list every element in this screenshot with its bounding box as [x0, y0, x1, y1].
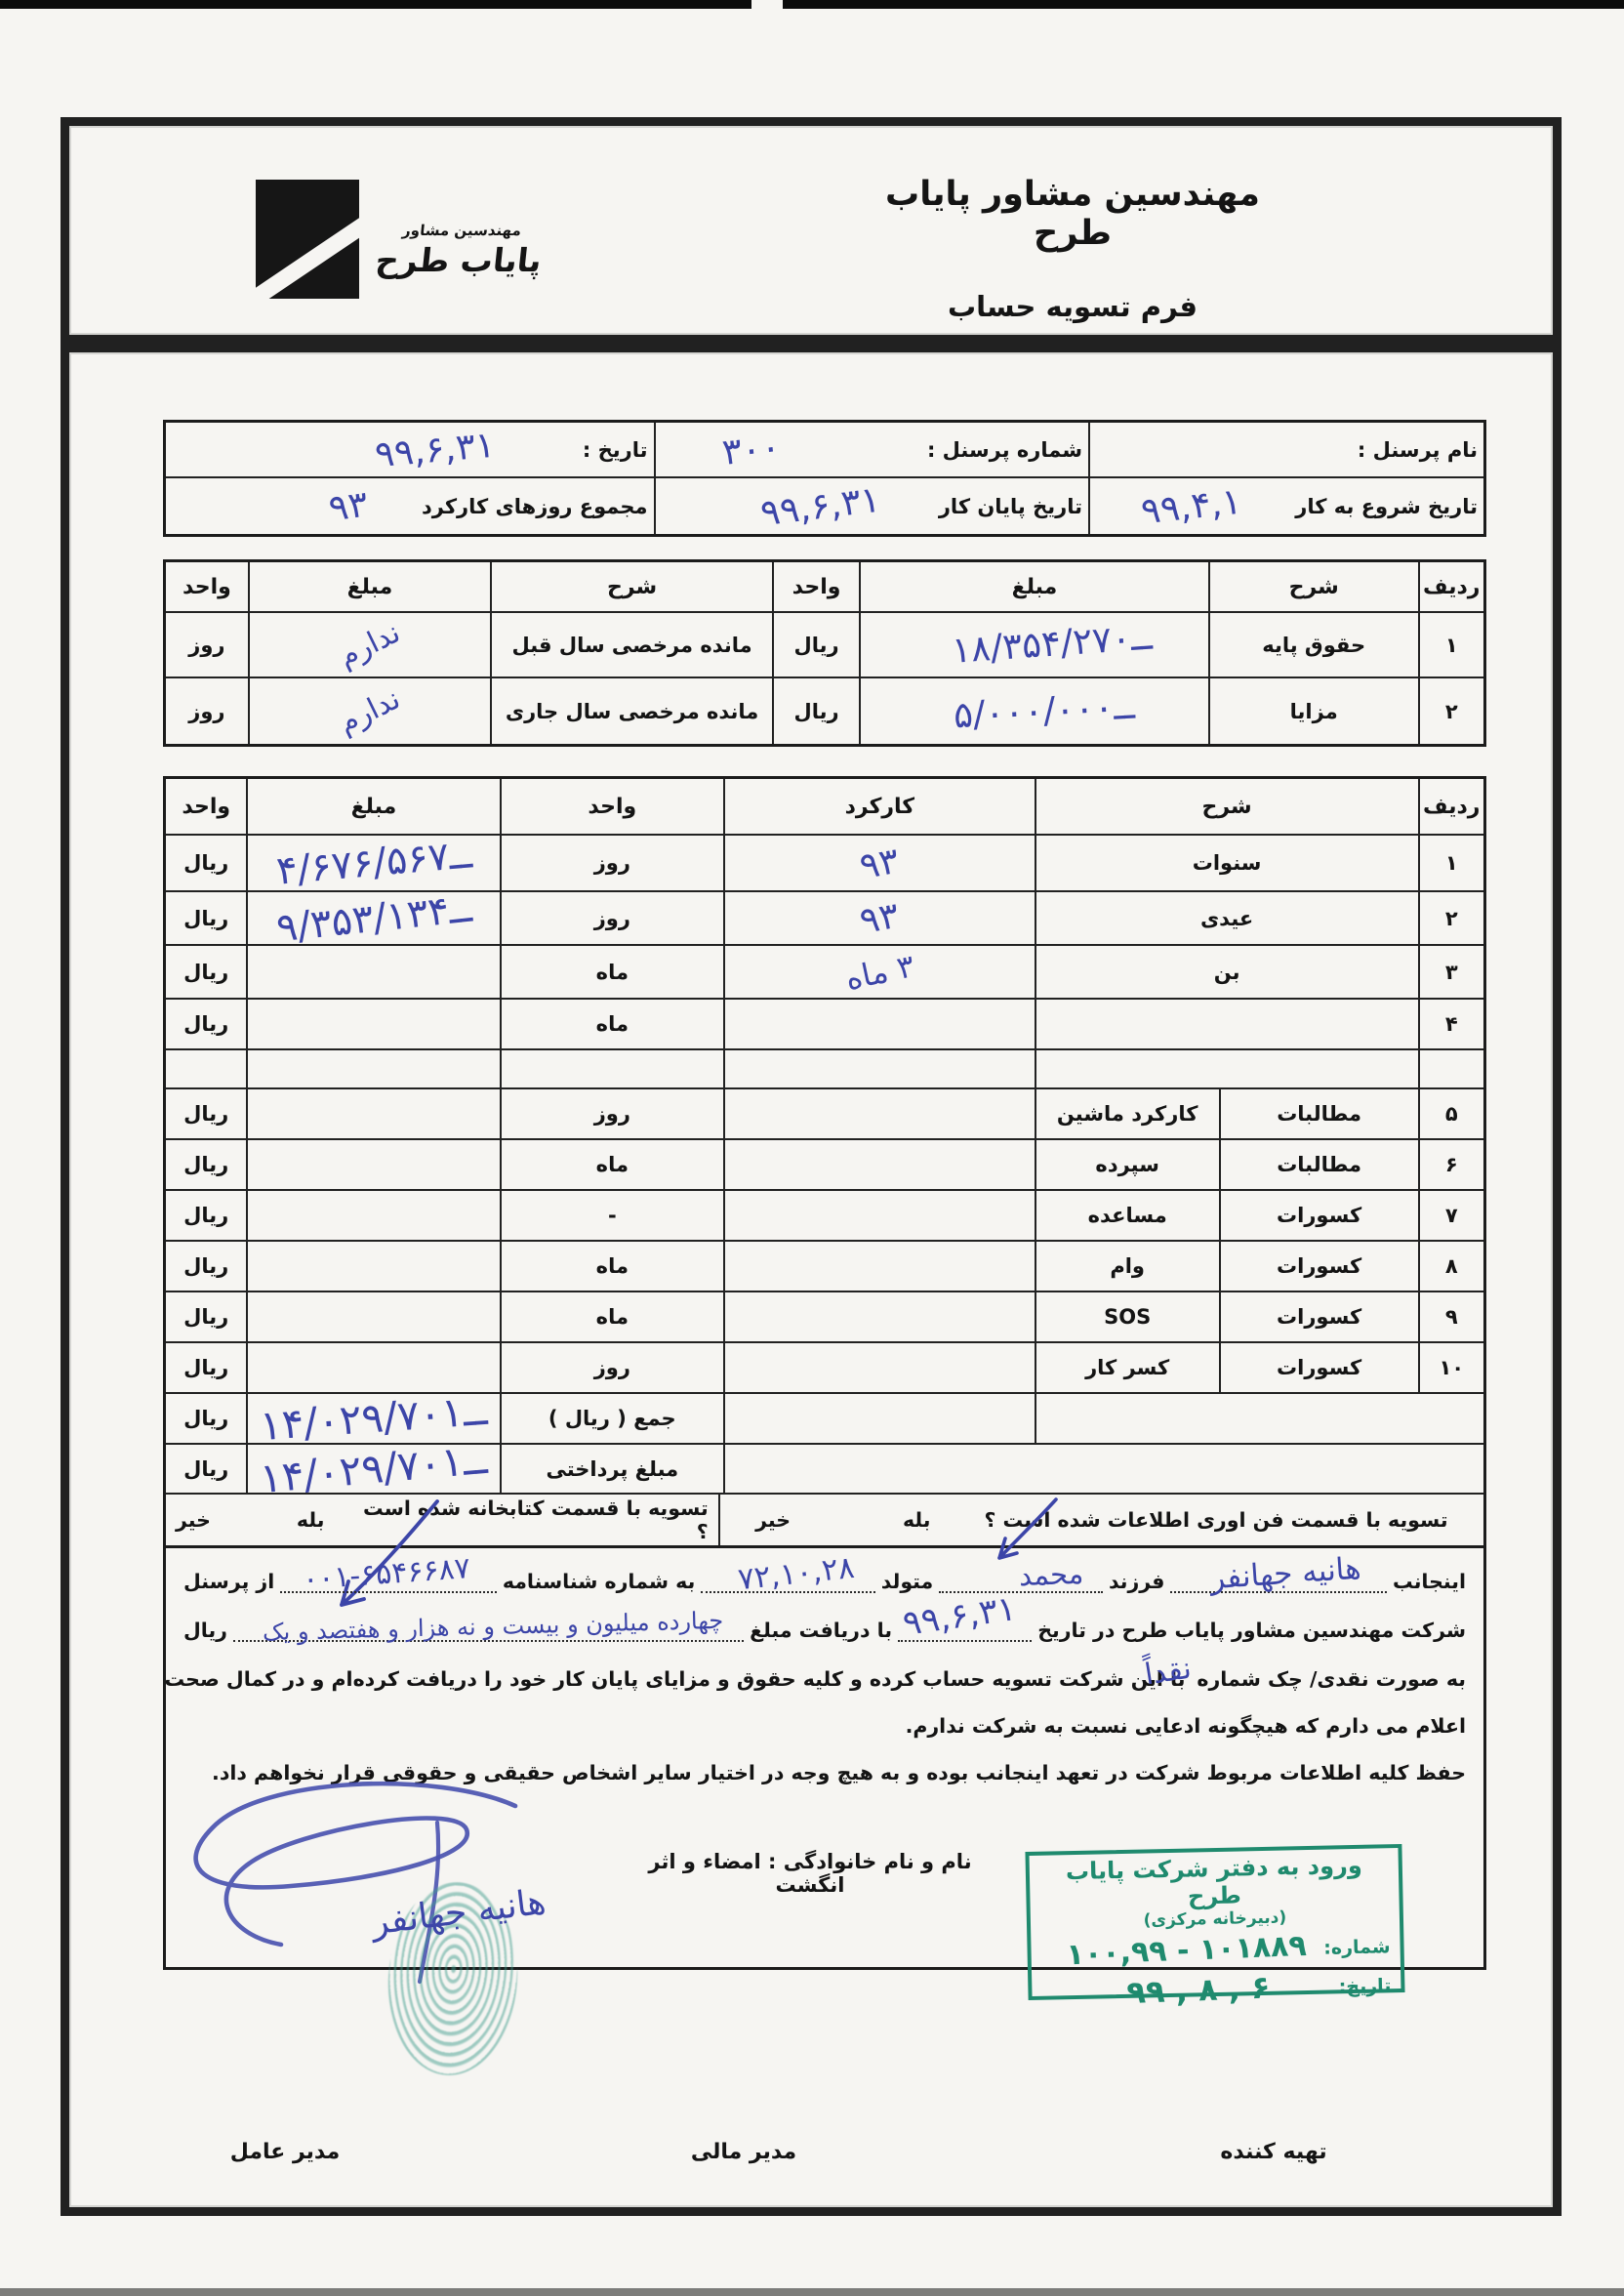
table-row: ۸ کسورات وام ماه ریال: [166, 1242, 1483, 1292]
unit-rial: ریال: [166, 1140, 246, 1189]
logo-swoosh-icon: [256, 207, 359, 299]
eydi-amount-handwriting: ۹/۳۵۳/۱۳۴ــ: [274, 888, 473, 948]
personnel-name-cell: نام پرسنل :: [1088, 423, 1483, 476]
sum-row: جمع ( ریال ) ۱۴/۰۲۹/۷۰۱ــ ریال: [166, 1394, 1483, 1445]
no-option: خیر: [755, 1508, 791, 1532]
row-number: ۵: [1418, 1089, 1484, 1138]
table-row: ۱۰ کسورات کسر کار روز ریال: [166, 1343, 1483, 1394]
unit-rial: ریال: [166, 1445, 246, 1493]
father-label: فرزند: [1109, 1570, 1165, 1593]
stamp-date-handwriting: ۹۹ , ۸ , ۶: [1126, 1969, 1271, 2012]
scanned-settlement-form: مهندسین مشاور پایاب طرح فرم تسویه حساب م…: [0, 0, 1624, 2296]
empty-amount-cell: [246, 1292, 499, 1341]
salary-leave-table: ردیف شرح مبلغ واحد شرح مبلغ واحد ۱ حقوق …: [163, 559, 1486, 747]
table-row: ۳ بن ۳ ماه ماه ریال: [166, 946, 1483, 1000]
birth-label: متولد: [881, 1570, 933, 1593]
header-mablagh: مبلغ: [859, 562, 1208, 611]
bon-label: بن: [1035, 946, 1418, 998]
empty-work-cell: [723, 1343, 1035, 1392]
personnel-number-handwriting: ۳۰۰: [721, 429, 783, 471]
deposit-label: سپرده: [1035, 1140, 1219, 1189]
work-days-cell: مجموع روزهای کارکرد ۹۳: [166, 478, 654, 534]
row-number: ۸: [1418, 1242, 1484, 1291]
form-date-cell: تاریخ : ۹۹,۶,۳۱: [166, 423, 654, 476]
empty-amount-cell: [246, 1140, 499, 1189]
prev-year-leave-label: مانده مرخصی سال قبل: [490, 613, 772, 676]
settlement-items-table: ردیف شرح کارکرد واحد مبلغ واحد ۱ سنوات ۹…: [163, 776, 1486, 1548]
header-radif: ردیف: [1418, 779, 1484, 834]
inja-neb-label: اینجانب: [1393, 1570, 1466, 1593]
it-clearance-question-cell: تسویه با قسمت فن اوری اطلاعات شده است ؟ …: [718, 1495, 1483, 1545]
empty-work-cell: [723, 1000, 1035, 1048]
start-date-label: تاریخ شروع به کار: [1295, 495, 1478, 518]
personnel-number-cell: شماره پرسنل : ۳۰۰: [654, 423, 1089, 476]
stamp-number-row: شماره: ۱۰۰,۹۹ - ۱۰۱۸۸۹: [1040, 1929, 1391, 1970]
row-number: ۳: [1418, 946, 1484, 998]
form-date-handwriting: ۹۹,۶,۳۱: [374, 427, 497, 473]
form-title: فرم تسویه حساب: [887, 290, 1258, 323]
empty-work-cell: [723, 1191, 1035, 1240]
current-year-leave-handwriting: ندارم: [335, 684, 405, 739]
motalebat-label: مطالبات: [1219, 1140, 1418, 1189]
advance-label: مساعده: [1035, 1191, 1219, 1240]
unit-rooz: روز: [500, 892, 724, 944]
spacer-row: [166, 1050, 1483, 1089]
row-number: ۱: [1418, 613, 1484, 676]
table-row: ۷ کسورات مساعده - ریال: [166, 1191, 1483, 1242]
end-date-label: تاریخ پایان کار: [939, 495, 1082, 518]
header-mablagh: مبلغ: [246, 779, 499, 834]
company-logo-mark: [256, 180, 359, 299]
settlement-statement: با این شرکت تسویه حساب کرده و کلیه حقوق …: [164, 1667, 1185, 1691]
empty-amount-cell: [246, 1000, 499, 1048]
header-vahed-2: واحد: [166, 779, 246, 834]
empty-desc-cell: [1035, 1000, 1418, 1048]
birth-handwriting: ۷۲,۱۰,۲۸: [736, 1553, 855, 1595]
declaration-line-4: اعلام می دارم که هیچگونه ادعایی نسبت به …: [183, 1714, 1466, 1738]
amount-words-handwriting: چهارده میلیون و بیست و نه هزار و هفتصد و…: [263, 1609, 724, 1644]
empty-amount-cell: [246, 1191, 499, 1240]
header-vahed: واحد: [772, 562, 859, 611]
base-salary-handwriting: ۱۸/۳۵۴/۲۷۰ــ: [951, 619, 1154, 669]
date-blank: ۹۹,۶,۳۱: [898, 1617, 1032, 1642]
table-row: ۹ کسورات SOS ماه ریال: [166, 1292, 1483, 1343]
cash-handwriting: نقداً: [1143, 1654, 1194, 1690]
end-date-handwriting: ۹۹,۶,۳۱: [758, 481, 881, 532]
table-row: نام پرسنل : شماره پرسنل : ۳۰۰ تاریخ : ۹۹…: [166, 423, 1483, 478]
paid-handwriting: ۱۴/۰۲۹/۷۰۱ــ: [259, 1438, 489, 1498]
personnel-number-label: شماره پرسنل :: [927, 438, 1082, 462]
sanavat-work-handwriting: ۹۳: [858, 841, 903, 883]
company-logo-text: مهندسین مشاور پایاب طرح: [359, 222, 560, 279]
stamp-date-row: تاریخ: ۹۹ , ۸ , ۶: [1041, 1967, 1392, 2011]
table-row: ۴ ماه ریال: [166, 1000, 1483, 1050]
unit-rial: ریال: [166, 892, 246, 944]
letterhead-frame: مهندسین مشاور پایاب طرح فرم تسویه حساب م…: [61, 117, 1562, 344]
header-karkard: کارکرد: [723, 779, 1035, 834]
unit-rial: ریال: [166, 836, 246, 890]
unit-mah: ماه: [500, 1000, 724, 1048]
form-date-label: تاریخ :: [583, 438, 648, 462]
empty-work-cell: [723, 1242, 1035, 1291]
unit-rial: ریال: [166, 1191, 246, 1240]
row-number: ۶: [1418, 1140, 1484, 1189]
unit-mah: ماه: [500, 1242, 724, 1291]
unit-rooz: روز: [500, 1343, 724, 1392]
financial-manager-label: مدیر مالی: [675, 2140, 812, 2164]
table-row: ۱ سنوات ۹۳ روز ۴/۶۷۶/۵۶۷ــ ریال: [166, 836, 1483, 892]
prev-year-leave-handwriting: ندارم: [335, 618, 405, 673]
empty-cell: [723, 1445, 1483, 1493]
kasr-kar-label: کسر کار: [1035, 1343, 1219, 1392]
table-header-row: ردیف شرح مبلغ واحد شرح مبلغ واحد: [166, 562, 1483, 613]
declaration-line-3: به صورت نقدی/ چک شماره نقداً با این شرکت…: [183, 1665, 1466, 1691]
header-sharh: شرح: [1208, 562, 1418, 611]
personnel-name-label: نام پرسنل :: [1358, 438, 1478, 462]
header-sharh: شرح: [1035, 779, 1418, 834]
logo-text-large: پایاب طرح: [359, 241, 558, 279]
kosoorat-label: کسورات: [1219, 1292, 1418, 1341]
empty-cell: [1035, 1394, 1483, 1443]
table-row: ۲ مزایا ۵/۰۰۰/۰۰۰ــ ریال مانده مرخصی سال…: [166, 678, 1483, 744]
cash-check-label: به صورت نقدی/ چک شماره: [1197, 1667, 1466, 1691]
scan-edge-bottom: [0, 2288, 1624, 2296]
kosoorat-label: کسورات: [1219, 1343, 1418, 1392]
row-number: ۲: [1418, 892, 1484, 944]
company-title: مهندسین مشاور پایاب طرح: [868, 175, 1278, 253]
eydi-label: عیدی: [1035, 892, 1418, 944]
stamp-date-label: تاریخ:: [1339, 1975, 1392, 1997]
kosoorat-label: کسورات: [1219, 1242, 1418, 1291]
benefits-label: مزایا: [1208, 678, 1418, 744]
unit-rial: ریال: [166, 1394, 246, 1443]
header-vahed: واحد: [500, 779, 724, 834]
az-personel-label: از پرسنل: [183, 1570, 274, 1593]
unit-rooz: روز: [166, 613, 248, 676]
stamp-number-handwriting: ۱۰۰,۹۹ - ۱۰۱۸۸۹: [1066, 1929, 1307, 1972]
row-number: ۷: [1418, 1191, 1484, 1240]
empty-work-cell: [723, 1292, 1035, 1341]
id-number-label: به شماره شناسنامه: [503, 1570, 695, 1593]
unit-rial: ریال: [166, 1242, 246, 1291]
header-vahed-2: واحد: [166, 562, 248, 611]
header-radif: ردیف: [1418, 562, 1484, 611]
stamp-title: ورود به دفتر شرکت پایاب طرح: [1039, 1852, 1390, 1913]
yes-option: بله: [903, 1508, 931, 1532]
base-salary-label: حقوق پایه: [1208, 613, 1418, 676]
header-sharh-2: شرح: [490, 562, 772, 611]
scan-edge-gap: [751, 0, 783, 9]
father-blank: محمد: [939, 1568, 1103, 1593]
unit-rial: ریال: [772, 613, 859, 676]
row-number: ۹: [1418, 1292, 1484, 1341]
paid-label: مبلغ پرداختی: [500, 1445, 724, 1493]
sanavat-label: سنوات: [1035, 836, 1418, 890]
eydi-work-handwriting: ۹۳: [858, 897, 903, 939]
unit-mah: ماه: [500, 1140, 724, 1189]
amount-label: با دریافت مبلغ: [750, 1619, 892, 1642]
declaration-line-2: شرکت مهندسین مشاور پایاب طرح در تاریخ ۹۹…: [183, 1617, 1466, 1642]
end-date-cell: تاریخ پایان کار ۹۹,۶,۳۱: [654, 478, 1089, 534]
empty-amount-cell: [246, 1343, 499, 1392]
paid-row: مبلغ پرداختی ۱۴/۰۲۹/۷۰۱ــ ریال: [166, 1445, 1483, 1495]
id-handwriting: ۰۰۱-۶۵۴۶۶۸۷: [302, 1554, 471, 1595]
company-date-label: شرکت مهندسین مشاور پایاب طرح در تاریخ: [1037, 1619, 1466, 1642]
unit-dash: -: [500, 1191, 724, 1240]
no-option: خیر: [176, 1508, 211, 1532]
signature-label: نام و نام خانوادگی : امضاء و اثر انگشت: [615, 1850, 1005, 1897]
row-number: ۴: [1418, 1000, 1484, 1048]
unit-rooz: روز: [166, 678, 248, 744]
kosoorat-label: کسورات: [1219, 1191, 1418, 1240]
table-row: ۱ حقوق پایه ۱۸/۳۵۴/۲۷۰ــ ریال مانده مرخص…: [166, 613, 1483, 678]
loan-label: وام: [1035, 1242, 1219, 1291]
sanavat-amount-handwriting: ۴/۶۷۶/۵۶۷ــ: [274, 835, 473, 890]
work-days-handwriting: ۹۳: [327, 485, 371, 526]
declaration-line-1: اینجانب هانیه جهانفر فرزند محمد متولد ۷۲…: [183, 1568, 1466, 1593]
rial-label: ریال: [183, 1619, 227, 1642]
managing-director-label: مدیر عامل: [217, 2140, 353, 2164]
stamp-number-label: شماره:: [1323, 1936, 1391, 1958]
yes-option: بله: [297, 1508, 325, 1532]
unit-rooz: روز: [500, 836, 724, 890]
logo-text-small: مهندسین مشاور: [363, 222, 560, 239]
start-date-handwriting: ۹۹,۴,۱: [1140, 483, 1243, 530]
unit-rial: ریال: [166, 1292, 246, 1341]
unit-rial: ریال: [772, 678, 859, 744]
sum-label: جمع ( ریال ): [500, 1394, 724, 1443]
name-blank: هانیه جهانفر: [1170, 1568, 1387, 1593]
row-number: ۲: [1418, 678, 1484, 744]
table-row: ۶ مطالبات سپرده ماه ریال: [166, 1140, 1483, 1191]
unit-rial: ریال: [166, 1343, 246, 1392]
preparer-label: تهیه کننده: [1205, 2140, 1342, 2164]
header-mablagh-2: مبلغ: [248, 562, 490, 611]
table-row: ۲ عیدی ۹۳ روز ۹/۳۵۳/۱۳۴ــ ریال: [166, 892, 1483, 946]
unit-rial: ریال: [166, 1000, 246, 1048]
empty-work-cell: [723, 1140, 1035, 1189]
machine-work-label: کارکرد ماشین: [1035, 1089, 1219, 1138]
bon-work-handwriting: ۳ ماه: [842, 949, 916, 994]
no-claim-statement: اعلام می دارم که هیچگونه ادعایی نسبت به …: [906, 1714, 1466, 1738]
name-handwriting: هانیه جهانفر: [1209, 1554, 1361, 1595]
current-year-leave-label: مانده مرخصی سال جاری: [490, 678, 772, 744]
secretariat-stamp: ورود به دفتر شرکت پایاب طرح (دبیرخانه مر…: [1025, 1844, 1404, 2000]
unit-rooz: روز: [500, 1089, 724, 1138]
start-date-cell: تاریخ شروع به کار ۹۹,۴,۱: [1088, 478, 1483, 534]
work-days-label: مجموع روزهای کارکرد: [422, 495, 648, 518]
unit-mah: ماه: [500, 946, 724, 998]
unit-rial: ریال: [166, 1089, 246, 1138]
id-blank: ۰۰۱-۶۵۴۶۶۸۷: [280, 1568, 497, 1593]
amount-words-blank: چهارده میلیون و بیست و نه هزار و هفتصد و…: [233, 1617, 744, 1642]
unit-mah: ماه: [500, 1292, 724, 1341]
row-number: ۱۰: [1418, 1343, 1484, 1392]
scan-edge-top: [0, 0, 1624, 9]
table-row: ۵ مطالبات کارکرد ماشین روز ریال: [166, 1089, 1483, 1140]
sos-label: SOS: [1035, 1292, 1219, 1341]
empty-amount-cell: [246, 1242, 499, 1291]
empty-amount-cell: [246, 1089, 499, 1138]
personnel-info-table: نام پرسنل : شماره پرسنل : ۳۰۰ تاریخ : ۹۹…: [163, 420, 1486, 537]
table-row: تاریخ شروع به کار ۹۹,۴,۱ تاریخ پایان کار…: [166, 478, 1483, 534]
motalebat-label: مطالبات: [1219, 1089, 1418, 1138]
empty-amount-cell: [246, 946, 499, 998]
row-number: ۱: [1418, 836, 1484, 890]
benefits-handwriting: ۵/۰۰۰/۰۰۰ــ: [953, 688, 1135, 734]
unit-rial: ریال: [166, 946, 246, 998]
table-header-row: ردیف شرح کارکرد واحد مبلغ واحد: [166, 779, 1483, 836]
father-handwriting: محمد: [1018, 1560, 1083, 1590]
empty-work-cell: [723, 1089, 1035, 1138]
birth-blank: ۷۲,۱۰,۲۸: [701, 1568, 874, 1593]
settle-date-handwriting: ۹۹,۶,۳۱: [901, 1592, 1018, 1642]
empty-cell: [723, 1394, 1035, 1443]
